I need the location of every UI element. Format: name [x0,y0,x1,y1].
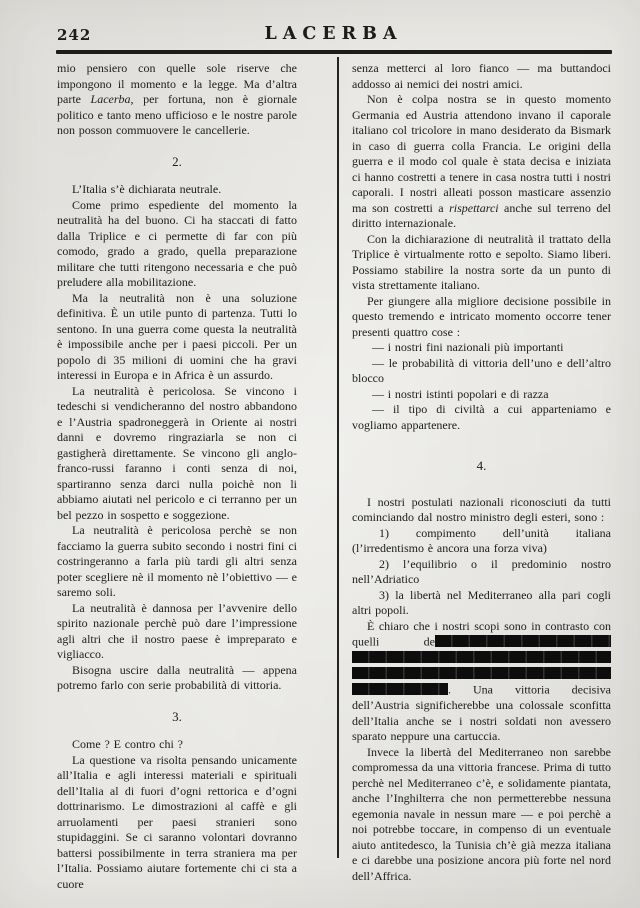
section-number: 4. [352,458,611,474]
redaction-bar [352,683,448,695]
redaction-bar [352,651,611,663]
paragraph: — i nostri fini nazionali più importanti [352,340,611,356]
section-number: 3. [57,709,297,725]
paragraph: 3) la libertà nel Mediterraneo alla pari… [352,588,611,619]
paragraph: Come ? E contro chi ? [57,737,297,753]
header-rule [56,50,612,54]
italic-text-run: rispettarci [449,201,499,215]
paragraph: Con la dichiarazione di neutralità il tr… [352,232,611,294]
paragraph: — le probabilità di vittoria dell’uno e … [352,356,611,387]
masthead-title: LACERBA [57,24,610,44]
redaction-bar [435,635,611,647]
column-divider-rule [337,57,339,858]
paragraph: — il tipo di civiltà a cui apparteniamo … [352,402,611,433]
censored-paragraph: È chiaro che i nostri scopi sono in cont… [352,619,611,745]
paragraph: mio pensiero con quelle sole riserve che… [57,61,297,139]
paragraph: senza metterci al loro fianco — ma butta… [352,61,611,92]
paragraph: La neutralità è pericolosa perchè se non… [57,523,297,601]
paragraph: Non è colpa nostra se in questo momento … [352,92,611,232]
paragraph: La neutralità è pericolosa. Se vincono i… [57,384,297,524]
paragraph: La questione va risolta pensando unicame… [57,753,297,893]
paragraph: — i nostri istinti popolari e di razza [352,387,611,403]
paragraph: 2) l’equilibrio o il predominio nostro n… [352,557,611,588]
text-run: Non è colpa nostra se in questo momento … [352,92,611,215]
paragraph: Per giungere alla migliore decisione pos… [352,294,611,341]
right-column: senza metterci al loro fianco — ma butta… [352,61,611,884]
redaction-bar [352,667,611,679]
paragraph: Bisogna uscire dalla neutralità — appena… [57,663,297,694]
paragraph: I nostri postulati nazionali riconosciut… [352,495,611,526]
paragraph: L’Italia s’è dichiarata neutrale. [57,182,297,198]
paragraph: Come primo espediente del momento la neu… [57,198,297,291]
scanned-page: 242 LACERBA mio pensiero con quelle sole… [0,0,640,908]
paragraph: La neutralità è dannosa per l’avvenire d… [57,601,297,663]
paragraph: 1) compimento dell’unità italiana (l’irr… [352,526,611,557]
paragraph: Invece la libertà del Mediterraneo non s… [352,745,611,885]
paragraph: Ma la neutralità non è una soluzione def… [57,291,297,384]
left-column: mio pensiero con quelle sole riserve che… [57,61,297,892]
italic-text-run: Lacerba [91,92,131,106]
section-number: 2. [57,154,297,170]
